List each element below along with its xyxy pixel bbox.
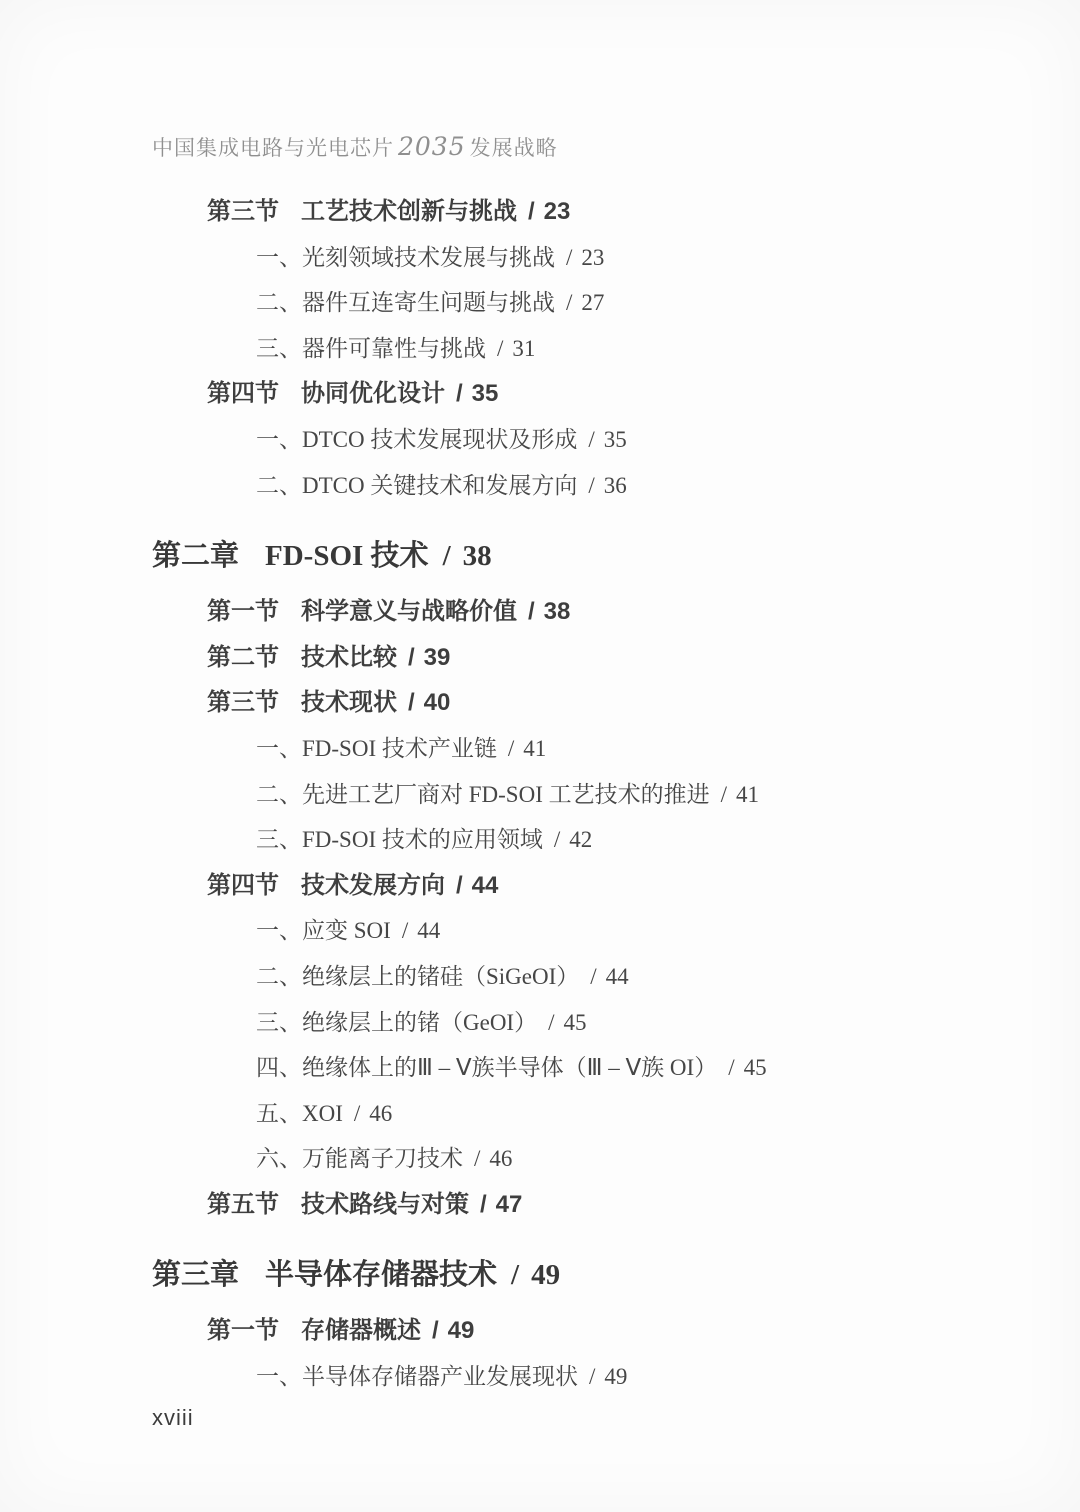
toc-entry-separator: / xyxy=(710,782,736,807)
toc-entry-title: 绝缘层上的锗硅（SiGeOI） xyxy=(302,964,579,989)
toc-entry-page: 46 xyxy=(369,1101,392,1126)
toc-entry-separator: / xyxy=(555,290,581,315)
toc-entry-page: 27 xyxy=(581,290,604,315)
toc-entry-page: 38 xyxy=(544,598,571,625)
toc-entry-title: 技术比较 xyxy=(301,644,397,671)
toc-entry-title: FD-SOI 技术的应用领域 xyxy=(302,827,543,852)
toc-entry-separator: / xyxy=(421,1317,448,1344)
toc-entry-item: 一、半导体存储器产业发展现状/49 xyxy=(152,1354,1020,1400)
toc-entry-label: 二、 xyxy=(256,954,302,1000)
toc-entry-separator: / xyxy=(543,827,569,852)
toc-entry-label: 四、 xyxy=(256,1045,302,1091)
toc-entry-item: 一、FD-SOI 技术产业链/41 xyxy=(152,726,1020,772)
toc-entry-section: 第三节工艺技术创新与挑战/23 xyxy=(152,189,1020,235)
toc-entry-section: 第一节存储器概述/49 xyxy=(152,1308,1020,1354)
toc-entry-separator: / xyxy=(517,598,544,625)
toc-entry-page: 42 xyxy=(569,827,592,852)
toc-entry-label: 二、 xyxy=(256,280,302,326)
toc-entry-title: DTCO 关键技术和发展方向 xyxy=(302,473,577,498)
toc-entry-section: 第一节科学意义与战略价值/38 xyxy=(152,589,1020,635)
toc-entry-separator: / xyxy=(577,427,603,452)
toc-entry-label: 第五节 xyxy=(207,1182,279,1228)
toc-entry-label: 第三章 xyxy=(152,1250,239,1300)
toc-entry-page: 44 xyxy=(472,872,499,899)
toc-entry-page: 49 xyxy=(448,1317,475,1344)
toc-entry-title: 技术现状 xyxy=(301,689,397,716)
toc-entry-separator: / xyxy=(343,1101,369,1126)
table-of-contents: 第三节工艺技术创新与挑战/23一、光刻领域技术发展与挑战/23二、器件互连寄生问… xyxy=(152,189,1020,1400)
toc-entry-page: 40 xyxy=(424,689,451,716)
toc-entry-title: FD-SOI 技术产业链 xyxy=(302,736,497,761)
toc-entry-page: 36 xyxy=(604,473,627,498)
toc-entry-title: FD-SOI 技术 xyxy=(265,540,429,572)
toc-entry-item: 五、XOI/46 xyxy=(152,1091,1020,1137)
toc-entry-item: 六、万能离子刀技术/46 xyxy=(152,1136,1020,1182)
toc-entry-separator: / xyxy=(486,336,512,361)
toc-entry-label: 第三节 xyxy=(207,189,279,235)
toc-entry-title: XOI xyxy=(302,1101,343,1126)
toc-entry-label: 第一节 xyxy=(207,1308,279,1354)
toc-entry-item: 一、DTCO 技术发展现状及形成/35 xyxy=(152,417,1020,463)
toc-entry-chapter: 第三章半导体存储器技术/49 xyxy=(152,1250,1020,1300)
toc-entry-item: 一、光刻领域技术发展与挑战/23 xyxy=(152,235,1020,281)
toc-entry-title: 半导体存储器技术 xyxy=(265,1259,497,1291)
toc-entry-separator: / xyxy=(469,1191,496,1218)
toc-entry-label: 五、 xyxy=(256,1091,302,1137)
toc-entry-page: 41 xyxy=(736,782,759,807)
toc-entry-section: 第四节技术发展方向/44 xyxy=(152,863,1020,909)
toc-entry-title: DTCO 技术发展现状及形成 xyxy=(302,427,577,452)
toc-entry-item: 二、DTCO 关键技术和发展方向/36 xyxy=(152,463,1020,509)
toc-entry-item: 一、应变 SOI/44 xyxy=(152,908,1020,954)
toc-entry-page: 39 xyxy=(424,644,451,671)
toc-entry-page: 49 xyxy=(604,1364,627,1389)
running-header-prefix: 中国集成电路与光电芯片 xyxy=(152,136,394,160)
toc-entry-label: 一、 xyxy=(256,726,302,772)
toc-entry-label: 一、 xyxy=(256,1354,302,1400)
toc-entry-separator: / xyxy=(577,473,603,498)
toc-entry-label: 一、 xyxy=(256,908,302,954)
toc-entry-page: 35 xyxy=(604,427,627,452)
toc-entry-label: 一、 xyxy=(256,235,302,281)
toc-entry-title: 科学意义与战略价值 xyxy=(301,598,517,625)
toc-entry-page: 45 xyxy=(563,1010,586,1035)
toc-entry-page: 23 xyxy=(544,198,571,225)
toc-entry-page: 44 xyxy=(417,918,440,943)
toc-entry-section: 第五节技术路线与对策/47 xyxy=(152,1182,1020,1228)
toc-entry-separator: / xyxy=(397,689,424,716)
toc-entry-page: 46 xyxy=(489,1146,512,1171)
toc-entry-label: 第二章 xyxy=(152,531,239,581)
toc-entry-item: 二、先进工艺厂商对 FD-SOI 工艺技术的推进/41 xyxy=(152,772,1020,818)
toc-entry-separator: / xyxy=(391,918,417,943)
toc-entry-title: 绝缘层上的锗（GeOI） xyxy=(302,1010,537,1035)
toc-entry-title: 协同优化设计 xyxy=(301,380,445,407)
toc-entry-page: 23 xyxy=(581,245,604,270)
toc-entry-label: 第二节 xyxy=(207,635,279,681)
toc-entry-label: 第三节 xyxy=(207,680,279,726)
toc-entry-label: 第四节 xyxy=(207,863,279,909)
toc-entry-separator: / xyxy=(555,245,581,270)
toc-entry-title: 器件互连寄生问题与挑战 xyxy=(302,290,555,315)
running-header-suffix: 发展战略 xyxy=(470,136,558,160)
toc-entry-page: 38 xyxy=(463,540,492,572)
toc-entry-separator: / xyxy=(429,540,463,572)
toc-entry-label: 三、 xyxy=(256,1000,302,1046)
toc-entry-item: 三、绝缘层上的锗（GeOI）/45 xyxy=(152,1000,1020,1046)
toc-entry-page: 44 xyxy=(606,964,629,989)
toc-entry-page: 41 xyxy=(523,736,546,761)
toc-entry-page: 47 xyxy=(496,1191,523,1218)
toc-entry-title: 应变 SOI xyxy=(302,918,391,943)
running-header-year: 2035 xyxy=(394,132,470,161)
toc-entry-label: 一、 xyxy=(256,417,302,463)
toc-entry-title: 技术路线与对策 xyxy=(301,1191,469,1218)
book-page: 中国集成电路与光电芯片2035发展战略 第三节工艺技术创新与挑战/23一、光刻领… xyxy=(0,0,1080,1512)
toc-entry-item: 二、器件互连寄生问题与挑战/27 xyxy=(152,280,1020,326)
toc-entry-title: 技术发展方向 xyxy=(301,872,445,899)
toc-entry-separator: / xyxy=(497,736,523,761)
toc-entry-label: 三、 xyxy=(256,817,302,863)
toc-entry-section: 第四节协同优化设计/35 xyxy=(152,371,1020,417)
toc-entry-page: 31 xyxy=(512,336,535,361)
toc-entry-item: 二、绝缘层上的锗硅（SiGeOI）/44 xyxy=(152,954,1020,1000)
toc-entry-separator: / xyxy=(717,1055,743,1080)
running-header: 中国集成电路与光电芯片2035发展战略 xyxy=(152,133,1020,162)
toc-entry-label: 第一节 xyxy=(207,589,279,635)
toc-entry-page: 35 xyxy=(472,380,499,407)
toc-entry-title: 半导体存储器产业发展现状 xyxy=(302,1364,578,1389)
toc-entry-item: 三、FD-SOI 技术的应用领域/42 xyxy=(152,817,1020,863)
toc-entry-chapter: 第二章FD-SOI 技术/38 xyxy=(152,531,1020,581)
toc-entry-title: 万能离子刀技术 xyxy=(302,1146,463,1171)
toc-entry-label: 三、 xyxy=(256,326,302,372)
toc-entry-separator: / xyxy=(497,1259,531,1291)
toc-entry-section: 第三节技术现状/40 xyxy=(152,680,1020,726)
toc-entry-separator: / xyxy=(517,198,544,225)
toc-entry-title: 工艺技术创新与挑战 xyxy=(301,198,517,225)
toc-entry-title: 光刻领域技术发展与挑战 xyxy=(302,245,555,270)
footer-page-number: xviii xyxy=(152,1405,194,1431)
toc-entry-separator: / xyxy=(397,644,424,671)
toc-entry-item: 三、器件可靠性与挑战/31 xyxy=(152,326,1020,372)
toc-entry-separator: / xyxy=(578,1364,604,1389)
toc-entry-title: 器件可靠性与挑战 xyxy=(302,336,486,361)
toc-entry-separator: / xyxy=(537,1010,563,1035)
toc-entry-label: 第四节 xyxy=(207,371,279,417)
toc-entry-separator: / xyxy=(463,1146,489,1171)
toc-entry-page: 49 xyxy=(531,1259,560,1291)
toc-entry-label: 二、 xyxy=(256,772,302,818)
toc-entry-section: 第二节技术比较/39 xyxy=(152,635,1020,681)
toc-entry-title: 先进工艺厂商对 FD-SOI 工艺技术的推进 xyxy=(302,782,710,807)
toc-entry-separator: / xyxy=(445,380,472,407)
toc-entry-item: 四、绝缘体上的Ⅲ – Ⅴ族半导体（Ⅲ – Ⅴ族 OI）/45 xyxy=(152,1045,1020,1091)
toc-entry-title: 绝缘体上的Ⅲ – Ⅴ族半导体（Ⅲ – Ⅴ族 OI） xyxy=(302,1055,717,1080)
toc-entry-label: 二、 xyxy=(256,463,302,509)
toc-entry-label: 六、 xyxy=(256,1136,302,1182)
toc-entry-title: 存储器概述 xyxy=(301,1317,421,1344)
toc-entry-separator: / xyxy=(579,964,605,989)
toc-entry-separator: / xyxy=(445,872,472,899)
toc-entry-page: 45 xyxy=(744,1055,767,1080)
